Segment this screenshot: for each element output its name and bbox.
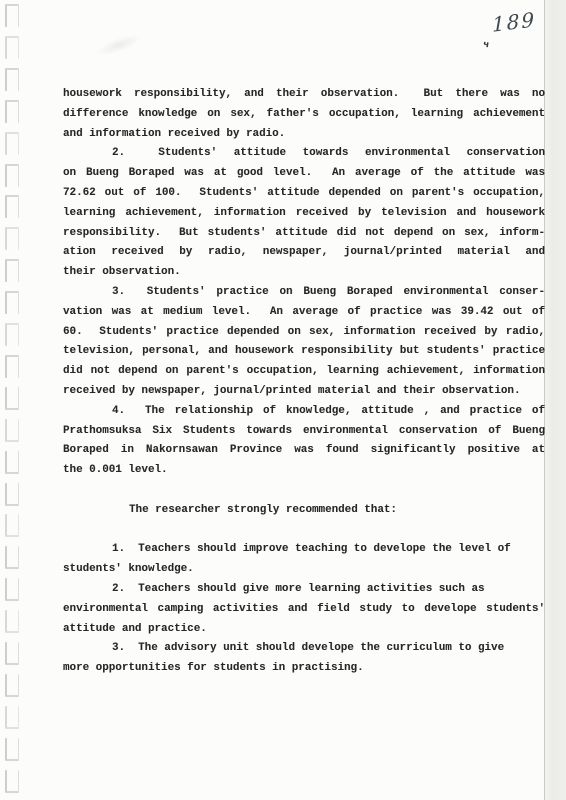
binding-mark [5, 164, 19, 187]
text-line: the 0.001 level. [63, 461, 545, 481]
text-line: 2. Students' attitude towards environmen… [63, 144, 545, 164]
text-line: 4. The relationship of knowledge, attitu… [63, 402, 545, 422]
text-line: and information received by radio. [63, 125, 545, 145]
binding-mark [5, 132, 19, 155]
binding-mark [5, 291, 19, 314]
text-line: television, personal, and housework resp… [63, 342, 545, 362]
text-line: The researcher strongly recommended that… [63, 501, 545, 521]
binding-mark [5, 642, 19, 665]
binding-mark [5, 100, 19, 123]
text-line: 3. The advisory unit should develope the… [63, 639, 545, 659]
text-line: their observation. [63, 263, 545, 283]
binding-mark [5, 706, 19, 729]
text-line [63, 521, 545, 541]
binding-mark [5, 355, 19, 378]
binding-mark [5, 36, 19, 59]
binding-mark [5, 259, 19, 282]
text-line: attitude and practice. [63, 620, 545, 640]
text-line [63, 481, 545, 501]
binding-mark [5, 738, 19, 761]
text-line: did not depend on parent's occupation, l… [63, 362, 545, 382]
binding-strip [0, 0, 26, 800]
text-line: on Bueng Boraped was at good level. An a… [63, 164, 545, 184]
text-block: housework responsibility, and their obse… [63, 85, 545, 679]
scan-smudge [94, 30, 144, 60]
binding-mark [5, 4, 19, 27]
handwritten-page-number: 189 [492, 7, 536, 37]
text-line: 72.62 out of 100. Students' attitude dep… [63, 184, 545, 204]
text-line: Boraped in Nakornsawan Province was foun… [63, 441, 545, 461]
binding-mark [5, 546, 19, 569]
binding-mark [5, 483, 19, 506]
binding-mark [5, 451, 19, 474]
pen-mark: ч [482, 40, 490, 51]
text-line: learning achievement, information receiv… [63, 204, 545, 224]
text-line: vation was at medium level. An average o… [63, 303, 545, 323]
binding-mark [5, 419, 19, 442]
text-line: 1. Teachers should improve teaching to d… [63, 540, 545, 560]
binding-mark [5, 514, 19, 537]
text-line: housework responsibility, and their obse… [63, 85, 545, 105]
text-line: ation received by radio, newspaper, jour… [63, 243, 545, 263]
binding-mark [5, 578, 19, 601]
binding-mark [5, 387, 19, 410]
binding-mark [5, 195, 19, 218]
text-line: 60. Students' practice depended on sex, … [63, 323, 545, 343]
page-edge-shadow [544, 0, 566, 800]
text-line: environmental camping activities and fie… [63, 600, 545, 620]
scanned-page: 189 ч housework responsibility, and thei… [0, 0, 566, 800]
binding-mark [5, 227, 19, 250]
binding-mark [5, 674, 19, 697]
binding-mark [5, 610, 19, 633]
text-line: responsibility. But students' attitude d… [63, 224, 545, 244]
text-line: 2. Teachers should give more learning ac… [63, 580, 545, 600]
text-line: difference knowledge on sex, father's oc… [63, 105, 545, 125]
text-line: 3. Students' practice on Bueng Boraped e… [63, 283, 545, 303]
binding-mark [5, 323, 19, 346]
binding-mark [5, 770, 19, 793]
text-line: students' knowledge. [63, 560, 545, 580]
text-line: more opportunities for students in pract… [63, 659, 545, 679]
binding-mark [5, 68, 19, 91]
text-line: received by newspaper, journal/printed m… [63, 382, 545, 402]
text-line: Prathomsuksa Six Students towards enviro… [63, 422, 545, 442]
